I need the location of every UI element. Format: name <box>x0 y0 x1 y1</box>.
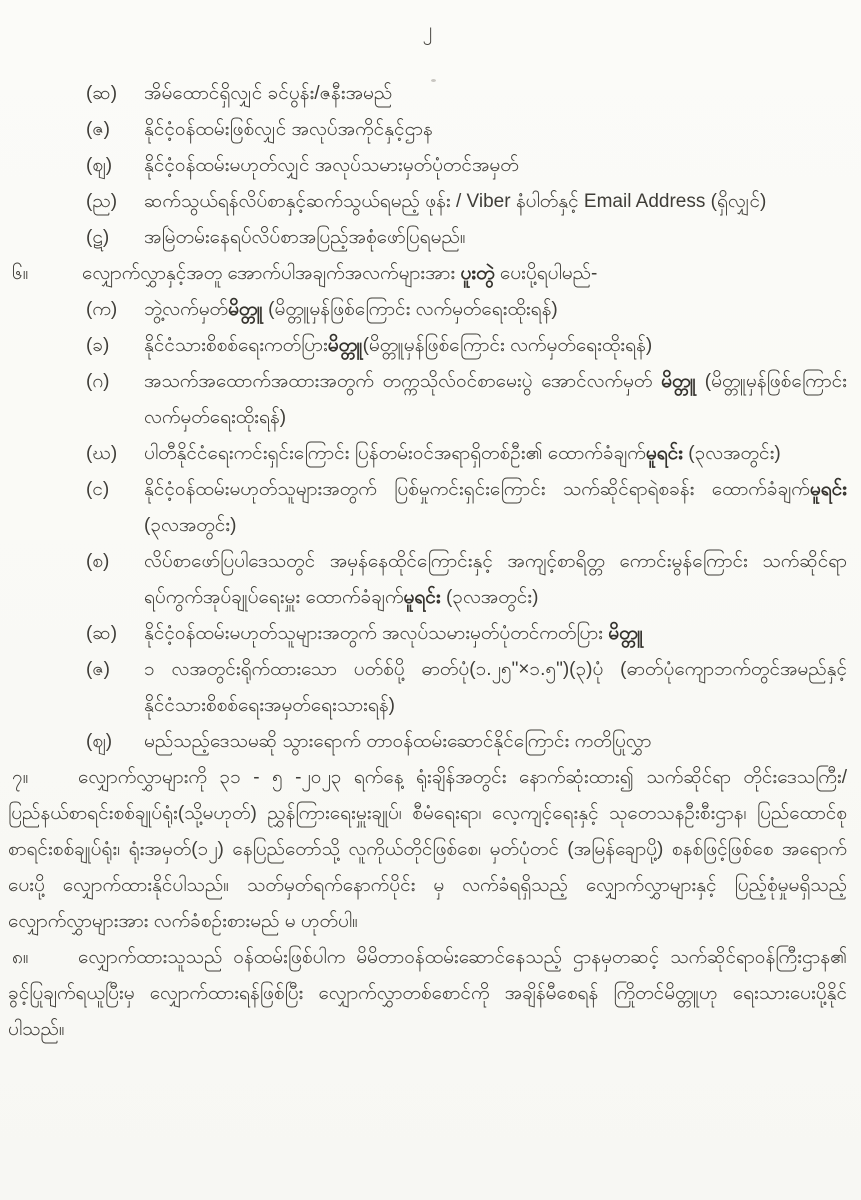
section-6-heading: ၆။ လျှောက်လွှာနှင့်အတူ အောက်ပါအချက်အလက်မ… <box>8 256 847 292</box>
list-item: (ဆ) နိုင်ငံ့ဝန်ထမ်းမဟုတ်သူများအတွက် အလုပ… <box>86 616 847 652</box>
section-6-intro: လျှောက်လွှာနှင့်အတူ အောက်ပါအချက်အလက်များ… <box>82 256 847 292</box>
emphasized-text: ပူးတွဲ <box>460 263 494 284</box>
list-item-text: နိုင်ငံ့ဝန်ထမ်းမဟုတ်သူများအတွက် ပြစ်မှုက… <box>144 472 847 544</box>
list-item: (ဇ) နိုင်ငံ့ဝန်ထမ်းဖြစ်လျှင် အလုပ်အကိုင်… <box>86 112 847 148</box>
text-segment: နိုင်ငံ့ဝန်ထမ်းမဟုတ်သူများအတွက် ပြစ်မှုက… <box>144 479 810 500</box>
list-item-marker: (င) <box>86 472 144 508</box>
list-item: (စ) လိပ်စာဖော်ပြပါဒေသတွင် အမှန်နေထိုင်ကြ… <box>86 544 847 616</box>
list-item-text: ၁ လအတွင်းရိုက်ထားသော ပတ်စ်ပို့ ဓာတ်ပုံ(၁… <box>144 652 847 724</box>
list-item-text: ပါတီနိုင်ငံရေးကင်းရှင်းကြောင်း ပြန်တမ်းဝ… <box>144 436 847 472</box>
section-7-number: ၇။ <box>8 760 78 796</box>
text-segment: နိုင်ငံ့ဝန်ထမ်းမဟုတ်လျှင် အလုပ်သမားမှတ်ပ… <box>144 155 519 176</box>
text-segment: ဘွဲ့လက်မှတ် <box>144 299 228 320</box>
list-item: (ဇ) ၁ လအတွင်းရိုက်ထားသော ပတ်စ်ပို့ ဓာတ်ပ… <box>86 652 847 724</box>
list-item-text: အမြဲတမ်းနေရပ်လိပ်စာအပြည့်အစုံဖော်ပြရမည်။ <box>144 220 847 256</box>
list-item: (ဈ) နိုင်ငံ့ဝန်ထမ်းမဟုတ်လျှင် အလုပ်သမားမ… <box>86 148 847 184</box>
list-item: (ဃ) ပါတီနိုင်ငံရေးကင်းရှင်းကြောင်း ပြန်တ… <box>86 436 847 472</box>
list-item-marker: (ဈ) <box>86 724 144 760</box>
emphasized-text: မူရင်း <box>810 479 847 500</box>
text-segment: လျှောက်လွှာနှင့်အတူ အောက်ပါအချက်အလက်များ… <box>82 263 460 284</box>
list-item-text: အိမ်ထောင်ရှိလျှင် ခင်ပွန်း/ဇနီးအမည် <box>144 76 847 112</box>
list-item: (ဈ) မည်သည့်ဒေသမဆို သွားရောက် တာဝန်ထမ်းဆေ… <box>86 724 847 760</box>
list-item-marker: (စ) <box>86 544 144 580</box>
text-segment: အသက်အထောက်အထားအတွက် တက္ကသိုလ်ဝင်စာမေးပွဲ… <box>144 371 661 392</box>
list-item-text: လိပ်စာဖော်ပြပါဒေသတွင် အမှန်နေထိုင်ကြောင်… <box>144 544 847 616</box>
emphasized-text: မိတ္တူ <box>228 299 263 320</box>
list-item-text: အသက်အထောက်အထားအတွက် တက္ကသိုလ်ဝင်စာမေးပွဲ… <box>144 364 847 436</box>
list-item-marker: (ဇ) <box>86 652 144 688</box>
list-item: (ဋ) အမြဲတမ်းနေရပ်လိပ်စာအပြည့်အစုံဖော်ပြရ… <box>86 220 847 256</box>
continued-item-list: (ဆ) အိမ်ထောင်ရှိလျှင် ခင်ပွန်း/ဇနီးအမည် … <box>86 76 847 256</box>
list-item-text: နိုင်ငံ့ဝန်ထမ်းဖြစ်လျှင် အလုပ်အကိုင်နှင့… <box>144 112 847 148</box>
text-segment: မည်သည့်ဒေသမဆို သွားရောက် တာဝန်ထမ်းဆောင်န… <box>144 731 651 752</box>
section-7-text: လျှောက်လွှာများကို ၃၁ - ၅ -၂၀၂၃ ရက်နေ့ ရ… <box>8 767 847 932</box>
list-item-marker: (က) <box>86 292 144 328</box>
section-7-paragraph: ၇။လျှောက်လွှာများကို ၃၁ - ၅ -၂၀၂၃ ရက်နေ့… <box>8 760 847 940</box>
section-6-number: ၆။ <box>8 256 82 292</box>
list-item-marker: (ခ) <box>86 328 144 364</box>
emphasized-text: မူရင်း <box>404 587 441 608</box>
list-item: (က) ဘွဲ့လက်မှတ်မိတ္တူ (မိတ္တူမှန်ဖြစ်ကြေ… <box>86 292 847 328</box>
list-item-marker: (ည) <box>86 184 144 220</box>
list-item: (ဆ) အိမ်ထောင်ရှိလျှင် ခင်ပွန်း/ဇနီးအမည် <box>86 76 847 112</box>
section-8-paragraph: ၈။လျှောက်ထားသူသည် ဝန်ထမ်းဖြစ်ပါက မိမိတာဝ… <box>8 940 847 1048</box>
page-number: ၂ <box>8 12 847 48</box>
section-8-number: ၈။ <box>8 940 78 976</box>
text-segment: (၃လအတွင်း) <box>441 587 539 608</box>
list-item-marker: (ဃ) <box>86 436 144 472</box>
list-item-marker: (ဈ) <box>86 148 144 184</box>
text-segment: အိမ်ထောင်ရှိလျှင် ခင်ပွန်း/ဇနီးအမည် <box>144 83 392 104</box>
text-segment: နိုင်ငံ့ဝန်ထမ်းဖြစ်လျှင် အလုပ်အကိုင်နှင့… <box>144 119 433 140</box>
section-8-text: လျှောက်ထားသူသည် ဝန်ထမ်းဖြစ်ပါက မိမိတာဝန်… <box>8 947 847 1040</box>
list-item-marker: (ဋ) <box>86 220 144 256</box>
list-item-marker: (ဂ) <box>86 364 144 400</box>
list-item-text: မည်သည့်ဒေသမဆို သွားရောက် တာဝန်ထမ်းဆောင်န… <box>144 724 847 760</box>
list-item-text: နိုင်ငံ့ဝန်ထမ်းမဟုတ်သူများအတွက် အလုပ်သမာ… <box>144 616 847 652</box>
list-item: (ခ) နိုင်ငံသားစိစစ်ရေးကတ်ပြားမိတ္တူ(မိတ္… <box>86 328 847 364</box>
text-segment: ပါတီနိုင်ငံရေးကင်းရှင်းကြောင်း ပြန်တမ်းဝ… <box>144 443 646 464</box>
text-segment: အမြဲတမ်းနေရပ်လိပ်စာအပြည့်အစုံဖော်ပြရမည်။ <box>144 227 466 248</box>
list-item: (ဂ) အသက်အထောက်အထားအတွက် တက္ကသိုလ်ဝင်စာမေ… <box>86 364 847 436</box>
list-item-text: ဆက်သွယ်ရန်လိပ်စာနှင့်ဆက်သွယ်ရမည့် ဖုန်း … <box>144 184 847 220</box>
list-item-text: နိုင်ငံ့ဝန်ထမ်းမဟုတ်လျှင် အလုပ်သမားမှတ်ပ… <box>144 148 847 184</box>
text-segment: ၁ လအတွင်းရိုက်ထားသော ပတ်စ်ပို့ ဓာတ်ပုံ(၁… <box>144 659 847 716</box>
scan-artifact <box>431 79 436 82</box>
text-segment: (၃လအတွင်း) <box>683 443 781 464</box>
list-item: (င) နိုင်ငံ့ဝန်ထမ်းမဟုတ်သူများအတွက် ပြစ်… <box>86 472 847 544</box>
text-segment: (မိတ္တူမှန်ဖြစ်ကြောင်း လက်မှတ်ရေးထိုးရန်… <box>363 335 653 356</box>
list-item-text: နိုင်ငံသားစိစစ်ရေးကတ်ပြားမိတ္တူ(မိတ္တူမှ… <box>144 328 847 364</box>
text-segment: ဆက်သွယ်ရန်လိပ်စာနှင့်ဆက်သွယ်ရမည့် ဖုန်း … <box>144 191 766 212</box>
list-item-marker: (ဇ) <box>86 112 144 148</box>
emphasized-text: မူရင်း <box>646 443 683 464</box>
text-segment: (၃လအတွင်း) <box>144 515 236 536</box>
list-item-marker: (ဆ) <box>86 76 144 112</box>
text-segment: ပေးပို့ရပါမည်- <box>495 263 598 284</box>
list-item-marker: (ဆ) <box>86 616 144 652</box>
text-segment: (မိတ္တူမှန်ဖြစ်ကြောင်း လက်မှတ်ရေးထိုးရန်… <box>263 299 558 320</box>
emphasized-text: မိတ္တူ <box>328 335 363 356</box>
document-page: ၂ (ဆ) အိမ်ထောင်ရှိလျှင် ခင်ပွန်း/ဇနီးအမည… <box>0 0 861 1200</box>
section-6-item-list: (က) ဘွဲ့လက်မှတ်မိတ္တူ (မိတ္တူမှန်ဖြစ်ကြေ… <box>86 292 847 760</box>
list-item-text: ဘွဲ့လက်မှတ်မိတ္တူ (မိတ္တူမှန်ဖြစ်ကြောင်း… <box>144 292 847 328</box>
text-segment: နိုင်ငံသားစိစစ်ရေးကတ်ပြား <box>144 335 328 356</box>
list-item: (ည) ဆက်သွယ်ရန်လိပ်စာနှင့်ဆက်သွယ်ရမည့် ဖု… <box>86 184 847 220</box>
emphasized-text: မိတ္တူ <box>661 371 696 392</box>
emphasized-text: မိတ္တူ <box>608 623 643 644</box>
text-segment: နိုင်ငံ့ဝန်ထမ်းမဟုတ်သူများအတွက် အလုပ်သမာ… <box>144 623 608 644</box>
